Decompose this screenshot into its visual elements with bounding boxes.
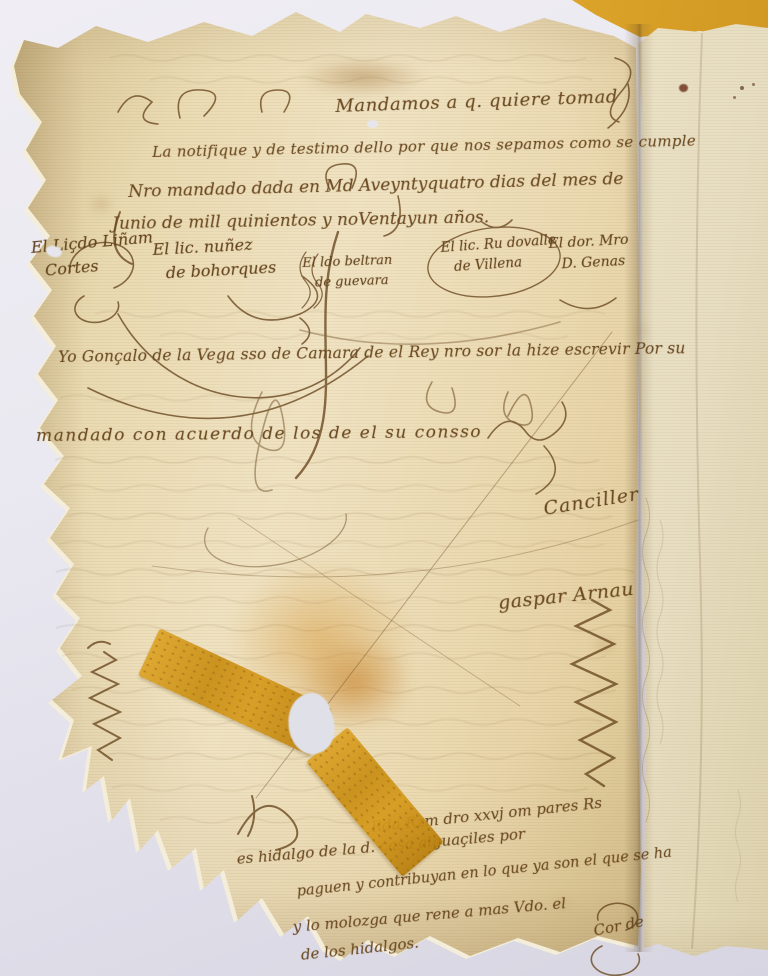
council-signature: El ldo beltran de guevara — [302, 251, 393, 293]
stain — [636, 326, 649, 336]
photo-of-manuscript: Mandamos a q. quiere tomad La notifique … — [0, 0, 768, 976]
ink-speck — [740, 86, 744, 90]
signature-line: El ldo beltran — [302, 251, 393, 274]
signature-line: de guevara — [315, 270, 394, 292]
council-signature-circled: El lic. Ru dovalle de Villena — [440, 230, 558, 278]
scribe-attestation-line: mandado con acuerdo de los de el su cons… — [36, 422, 482, 446]
council-signature: El dor. Mro D. Genas — [548, 230, 630, 276]
ink-speck — [679, 84, 688, 92]
stain — [298, 58, 428, 96]
paper-hole — [367, 120, 378, 128]
stain — [90, 196, 112, 212]
signature-line: D. Genas — [561, 251, 630, 276]
council-signature: El lic. nuñez de bohorques — [152, 232, 277, 286]
stain — [594, 638, 614, 652]
ink-speck — [752, 83, 755, 86]
ink-speck — [733, 96, 736, 99]
